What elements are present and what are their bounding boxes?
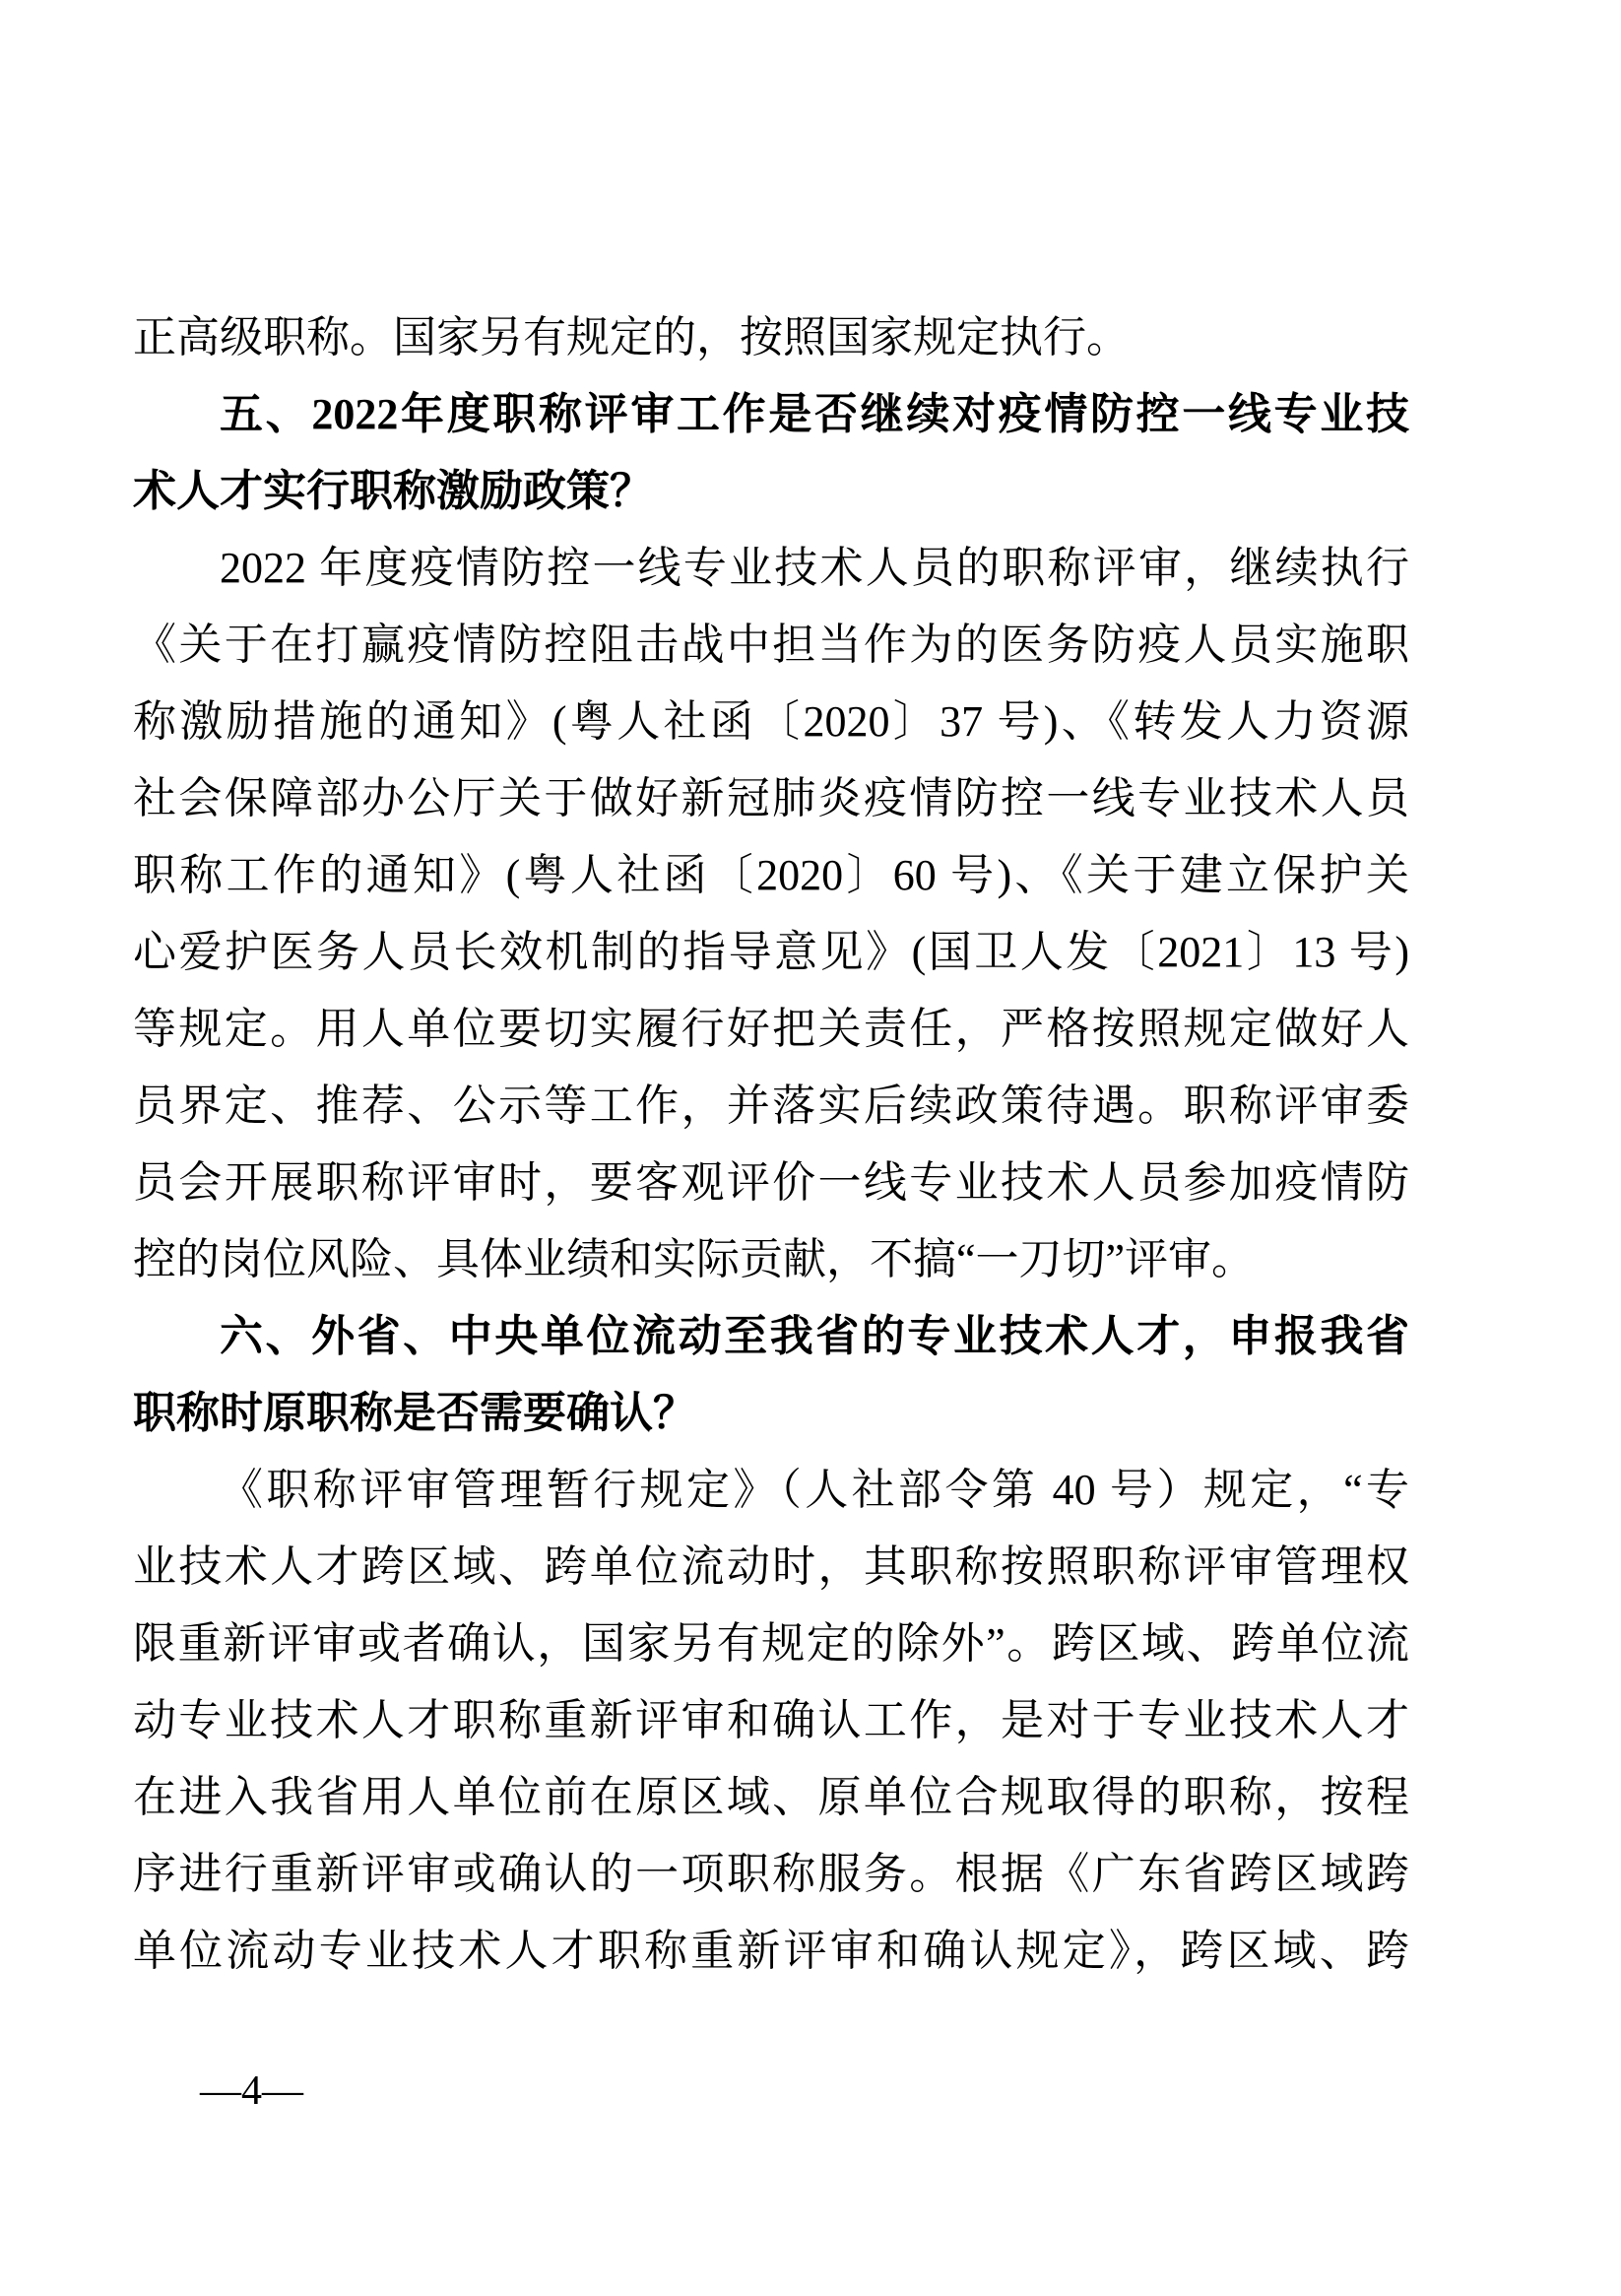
carryover-paragraph: 正高级职称。国家另有规定的，按照国家规定执行。 (133, 299, 1409, 376)
text-line: 正高级职称。国家另有规定的，按照国家规定执行。 (133, 299, 1409, 376)
document-body: 正高级职称。国家另有规定的，按照国家规定执行。五、2022年度职称评审工作是否继… (133, 299, 1409, 1990)
text-line: 控的岗位风险、具体业绩和实际贡献，不搞“一刀切”评审。 (133, 1221, 1409, 1298)
text-line: 员界定、推荐、公示等工作，并落实后续政策待遇。职称评审委 (133, 1068, 1409, 1145)
section-6-heading: 六、外省、中央单位流动至我省的专业技术人才，申报我省职称时原职称是否需要确认？ (133, 1298, 1409, 1452)
page-footer: —4— (200, 2066, 303, 2117)
text-line: 限重新评审或者确认，国家另有规定的除外”。跨区域、跨单位流 (133, 1606, 1409, 1682)
text-line: 等规定。用人单位要切实履行好把关责任，严格按照规定做好人 (133, 991, 1409, 1068)
text-line: 序进行重新评审或确认的一项职称服务。根据《广东省跨区域跨 (133, 1836, 1409, 1913)
text-line: 动专业技术人才职称重新评审和确认工作，是对于专业技术人才 (133, 1682, 1409, 1759)
section-5-body: 2022 年度疫情防控一线专业技术人员的职称评审，继续执行《关于在打赢疫情防控阻… (133, 530, 1409, 1298)
heading-line: 五、2022年度职称评审工作是否继续对疫情防控一线专业技 (133, 376, 1409, 453)
text-line: 社会保障部办公厅关于做好新冠肺炎疫情防控一线专业技术人员 (133, 760, 1409, 837)
text-line: 《职称评审管理暂行规定》（人社部令第 40 号）规定，“专 (133, 1452, 1409, 1529)
heading-line: 六、外省、中央单位流动至我省的专业技术人才，申报我省 (133, 1298, 1409, 1375)
text-line: 在进入我省用人单位前在原区域、原单位合规取得的职称，按程 (133, 1759, 1409, 1836)
section-6-body: 《职称评审管理暂行规定》（人社部令第 40 号）规定，“专业技术人才跨区域、跨单… (133, 1452, 1409, 1990)
text-line: 《关于在打赢疫情防控阻击战中担当作为的医务防疫人员实施职 (133, 607, 1409, 684)
text-line: 心爱护医务人员长效机制的指导意见》(国卫人发〔2021〕13 号) (133, 914, 1409, 991)
text-line: 职称工作的通知》(粤人社函〔2020〕60 号)、《关于建立保护关 (133, 837, 1409, 914)
page-number: —4— (200, 2068, 303, 2114)
text-line: 业技术人才跨区域、跨单位流动时，其职称按照职称评审管理权 (133, 1529, 1409, 1606)
text-line: 员会开展职称评审时，要客观评价一线专业技术人员参加疫情防 (133, 1145, 1409, 1221)
text-line: 称激励措施的通知》(粤人社函〔2020〕37 号)、《转发人力资源 (133, 684, 1409, 760)
heading-line: 职称时原职称是否需要确认？ (133, 1375, 1409, 1452)
section-5-heading: 五、2022年度职称评审工作是否继续对疫情防控一线专业技术人才实行职称激励政策？ (133, 376, 1409, 530)
document-page: 正高级职称。国家另有规定的，按照国家规定执行。五、2022年度职称评审工作是否继… (0, 0, 1621, 2296)
heading-line: 术人才实行职称激励政策？ (133, 453, 1409, 530)
text-line: 单位流动专业技术人才职称重新评审和确认规定》，跨区域、跨 (133, 1913, 1409, 1990)
text-line: 2022 年度疫情防控一线专业技术人员的职称评审，继续执行 (133, 530, 1409, 607)
